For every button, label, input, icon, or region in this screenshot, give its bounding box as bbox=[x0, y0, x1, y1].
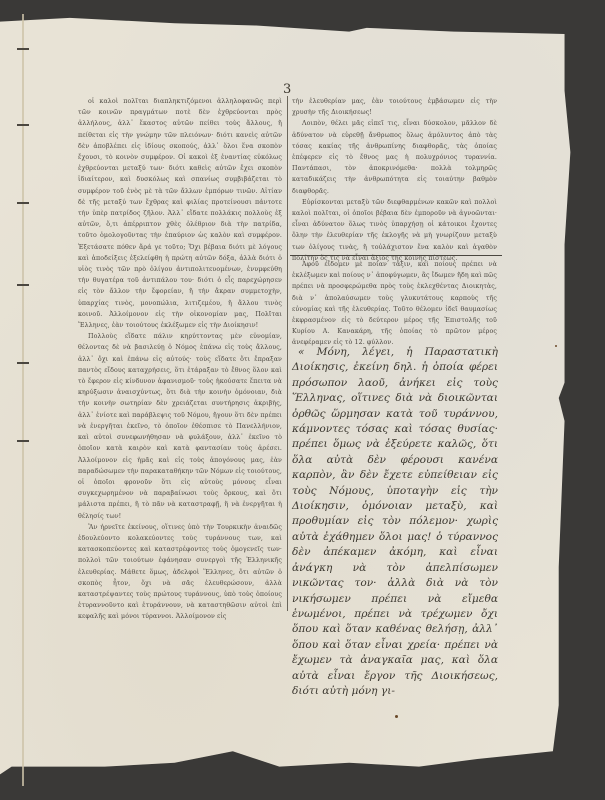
paragraph: Λοιπὸν, θέλει μᾶς εἰπεῖ τις, εἶναι δύσκο… bbox=[292, 118, 497, 196]
paragraph: Ἀφοῦ εἴδομεν μὲ ποίαν τάξιν, καὶ ποίους … bbox=[292, 259, 497, 349]
binding-mark bbox=[17, 362, 29, 364]
section-divider bbox=[290, 255, 502, 256]
binding-mark bbox=[17, 124, 29, 126]
binding-mark bbox=[17, 440, 29, 442]
column-divider bbox=[287, 96, 288, 611]
paragraph: οἱ καλοὶ πολῖται διαπληκτιζόμενοι ἀλληλο… bbox=[78, 96, 282, 331]
right-column-top: τὴν ἐλευθερίαν μας, ἐὰν τοιούτους ἐμβάσω… bbox=[292, 96, 497, 264]
paragraph: Πολλοὺς εἴδατε πάλιν κηρύττοντας μὲν εὐν… bbox=[78, 331, 282, 521]
left-column: οἱ καλοὶ πολῖται διαπληκτιζόμενοι ἀλληλο… bbox=[78, 96, 282, 623]
binding-mark bbox=[17, 48, 29, 50]
paper-stain bbox=[555, 345, 557, 347]
paper-stain bbox=[395, 715, 398, 718]
binding-mark bbox=[17, 284, 29, 286]
page-number: 3 bbox=[283, 82, 291, 97]
page-fold-line bbox=[22, 14, 24, 786]
paragraph: Ἂν ἠρνεῖτε ἐκείνους, οἵτινες ὑπὸ τὴν Του… bbox=[78, 522, 282, 623]
right-column-mid: Ἀφοῦ εἴδομεν μὲ ποίαν τάξιν, καὶ ποίους … bbox=[292, 259, 497, 349]
binding-mark bbox=[17, 202, 29, 204]
paragraph: « Μόνη, λέγει, ἡ Παραστατικὴ Διοίκησις, … bbox=[292, 345, 498, 699]
paragraph: Εὑρίσκονται μεταξὺ τῶν διεφθαρμένων κακῶ… bbox=[292, 197, 497, 264]
quoted-letter: « Μόνη, λέγει, ἡ Παραστατικὴ Διοίκησις, … bbox=[292, 345, 498, 699]
paragraph: τὴν ἐλευθερίαν μας, ἐὰν τοιούτους ἐμβάσω… bbox=[292, 96, 497, 118]
